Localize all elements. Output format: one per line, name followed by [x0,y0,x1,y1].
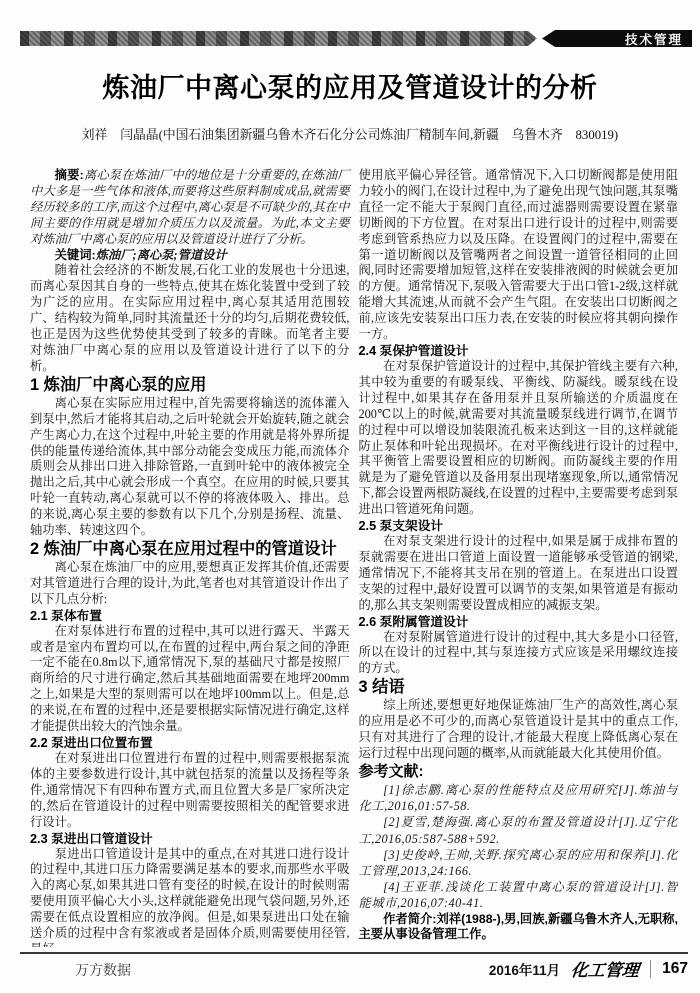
paragraph-continued: 使用底平偏心异径管。通常情况下,入口切断阀都是使用阻力较小的阀门,在设计过程中,… [359,168,679,343]
page-number: 167 [662,960,688,978]
paragraph: 在对泵附属管道进行设计的过程中,其大多是小口径管,所以在设计的过程中,其与泵连接… [359,630,679,678]
footer-rule [20,952,688,954]
paragraph: 在对泵保护管道设计的过程中,其保护管线主要有六种,其中较为重要的有暖泵线、平衡线… [359,359,679,518]
journal-logo: 化工管理 [570,956,641,981]
paper-page: 技术管理 炼油厂中离心泵的应用及管道设计的分析 刘祥 闫晶晶(中国石油集团新疆乌… [0,0,700,993]
section-heading: 3 结语 [359,677,679,698]
authors-line: 刘祥 闫晶晶(中国石油集团新疆乌鲁木齐石化分公司炼油厂精制车间,新疆 乌鲁木齐 … [0,124,700,143]
footer-right: 2016年11月 化工管理 167 [489,956,688,981]
paragraph: 在对泵进出口位置进行布置的过程中,则需要根据泵流体的主要参数进行设计,其中就包括… [30,751,350,831]
article-body: 摘要:离心泵在炼油厂中的地位是十分重要的,在炼油厂中大多是一些气体和液体,而要将… [30,168,678,947]
subsection-heading: 2.2 泵进出口位置布置 [30,735,350,751]
abstract: 摘要:离心泵在炼油厂中的地位是十分重要的,在炼油厂中大多是一些气体和液体,而要将… [30,168,350,248]
paragraph: 在对泵支架进行设计的过程中,如果是属于成排布置的泵就需要在进出口管道上面设置一道… [359,534,679,614]
keywords-text: 炼油厂;离心泵;管道设计 [96,248,227,262]
reference-item: [4]王亚菲.浅谈化工装置中离心泵的管道设计[J].智能城市,2016,07:4… [359,879,679,911]
paragraph: 离心泵在炼油厂中的应用,要想真正发挥其价值,还需要对其管道进行合理的设计,为此,… [30,560,350,608]
watermark-wanfang: 万方数据 [75,960,131,980]
keywords: 关键词:炼油厂;离心泵;管道设计 [30,248,350,264]
abstract-label: 摘要: [55,168,84,182]
section-heading: 1 炼油厂中离心泵的应用 [30,375,350,396]
paragraph: 综上所述,要想更好地保证炼油厂生产的高效性,离心泵的应用是必不可少的,而离心泵管… [359,698,679,762]
subsection-heading: 2.5 泵支架设计 [359,518,679,534]
reference-item: [3]史俊岭,王帅,关野.探究离心泵的应用和保养[J].化工管理,2013,24… [359,847,679,879]
article-title: 炼油厂中离心泵的应用及管道设计的分析 [0,66,700,105]
paragraph: 泵进出口管道设计是其中的重点,在对其进口进行设计的过程中,其进口压力降需要满足基… [30,847,350,947]
subsection-heading: 2.4 泵保护管道设计 [359,343,679,359]
reference-item: [2]夏雪,楚海强.离心泵的布置及管道设计[J].辽宁化工,2016,05:58… [359,814,679,846]
issue-date: 2016年11月 [489,959,560,979]
paragraph: 随着社会经济的不断发展,石化工业的发展也十分迅速,而离心泵因其自身的一些特点,使… [30,263,350,374]
paragraph: 离心泵在实际应用过程中,首先需要将输送的流体灌入到泵中,然后才能将其启动,之后叶… [30,396,350,539]
footer-divider [650,960,651,978]
section-heading: 2 炼油厂中离心泵在应用过程中的管道设计 [30,539,350,560]
header-band: 技术管理 [20,30,692,47]
column-tag-label: 技术管理 [625,30,683,48]
subsection-heading: 2.3 泵进出口管道设计 [30,831,350,847]
column-tag: 技术管理 [542,30,692,47]
paragraph: 在对泵体进行布置的过程中,其可以进行露天、半露天或者是室内布置均可以,在布置的过… [30,624,350,735]
author-bio: 作者简介:刘祥(1988-),男,回族,新疆乌鲁木齐人,无职称,主要从事设备管理… [359,912,679,944]
subsection-heading: 2.6 泵附属管道设计 [359,614,679,630]
keywords-label: 关键词: [55,248,96,262]
column-right: 使用底平偏心异径管。通常情况下,入口切断阀都是使用阻力较小的阀门,在设计过程中,… [359,168,679,947]
reference-item: [1]徐志鹏.离心泵的性能特点及应用研究[J].炼油与化工,2016,01:57… [359,782,679,814]
column-left: 摘要:离心泵在炼油厂中的地位是十分重要的,在炼油厂中大多是一些气体和液体,而要将… [30,168,350,947]
subsection-heading: 2.1 泵体布置 [30,608,350,624]
references-heading: 参考文献: [359,762,679,782]
decorative-texture-strip [20,31,537,46]
